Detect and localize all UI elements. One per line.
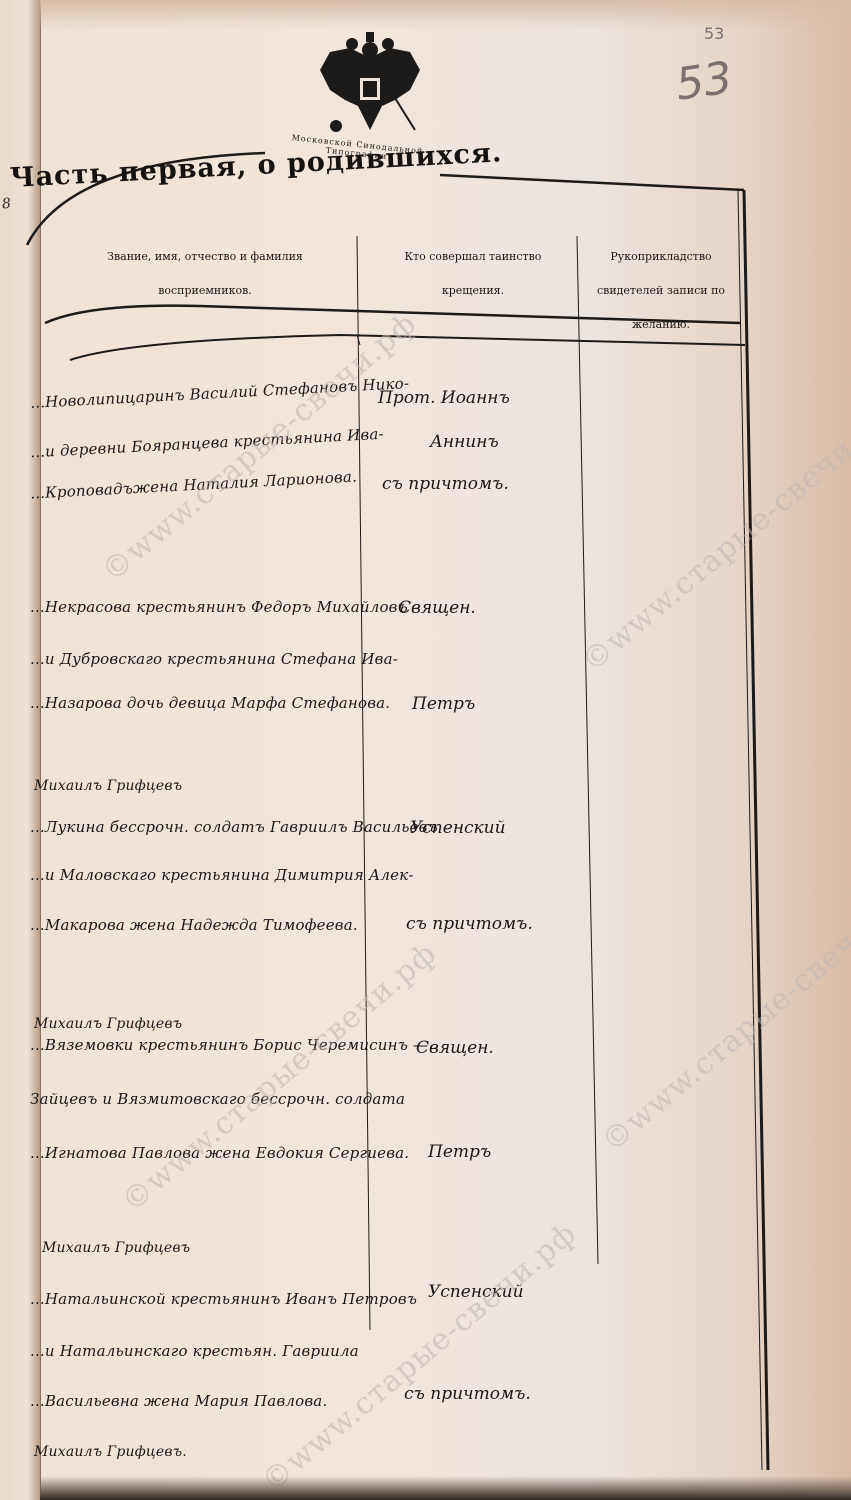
entry-1-priest-2: Аннинъ: [430, 432, 499, 452]
entry-4-priest-3: Петръ: [428, 1142, 491, 1162]
column-header-godparents: Звание, имя, отчество и фамилия восприем…: [70, 240, 340, 308]
entry-5-line-2: ...и Натальинскаго крестьян. Гавриила: [30, 1342, 359, 1360]
folio-number-pencil: 53: [704, 24, 724, 43]
page-title: Часть первая, о родившихся.: [9, 137, 503, 194]
entry-2-priest-1: Священ.: [398, 598, 476, 618]
left-margin-fragment: 8: [1, 196, 12, 213]
entry-1-priest-3: съ причтомъ.: [382, 474, 509, 494]
entry-3-priest-3: съ причтомъ.: [406, 914, 533, 934]
entry-5-priest-3: съ причтомъ.: [404, 1384, 531, 1404]
entry-3-signature: Михаилъ Грифцевъ: [34, 778, 182, 794]
entry-2-priest-3: Петръ: [412, 694, 475, 714]
column-header-witness-signatures: Рукоприкладство свидетелей записи по жел…: [586, 240, 736, 342]
entry-4-priest-1: Священ.: [416, 1038, 494, 1058]
register-frame: [0, 0, 851, 1500]
watermark: ©www.старые-свечи.рф: [595, 876, 851, 1159]
watermark: ©www.старые-свечи.рф: [575, 396, 851, 679]
entry-3-priest-1: Успенский: [410, 818, 506, 838]
folio-number-large: 53: [673, 52, 736, 110]
top-shadow: [40, 0, 851, 30]
double-headed-eagle-icon: [290, 30, 450, 150]
entry-1-priest-1: Прот. Иоаннъ: [378, 388, 510, 408]
entry-5-signature: Михаилъ Грифцевъ: [42, 1240, 190, 1256]
entry-4-line-1: ...Вяземовки крестьянинъ Борис Черемисин…: [30, 1036, 428, 1054]
entry-5-line-3: ...Васильевна жена Мария Павлова.: [30, 1392, 327, 1410]
entry-2-line-2: ...и Дубровскаго крестьянина Стефана Ива…: [30, 650, 398, 668]
page-bottom-edge: [40, 1476, 851, 1500]
entry-2-line-3: ...Назарова дочь девица Марфа Стефанова.: [30, 694, 390, 712]
entry-3-line-3: ...Макарова жена Надежда Тимофеева.: [30, 916, 358, 934]
column-header-baptized-by: Кто совершал таинство крещения.: [378, 240, 568, 308]
entry-3-line-1: ...Лукина бессрочн. солдатъ Гавриилъ Вас…: [30, 818, 438, 836]
entry-2-line-1: ...Некрасова крестьянинъ Федоръ Михайлов…: [30, 598, 408, 616]
entry-5-signature-below: Михаилъ Грифцевъ.: [34, 1444, 187, 1460]
entry-4-signature: Михаилъ Грифцевъ: [34, 1016, 182, 1032]
entry-1-line-2: ...и деревни Бояранцева крестьянина Ива-: [30, 425, 384, 461]
entry-3-line-2: ...и Маловскаго крестьянина Димитрия Але…: [30, 866, 414, 884]
left-page-edge: 8: [0, 0, 41, 1500]
entry-5-line-1: ...Натальинской крестьянинъ Иванъ Петров…: [30, 1290, 417, 1308]
watermark: ©www.старые-свечи.рф: [115, 936, 443, 1219]
